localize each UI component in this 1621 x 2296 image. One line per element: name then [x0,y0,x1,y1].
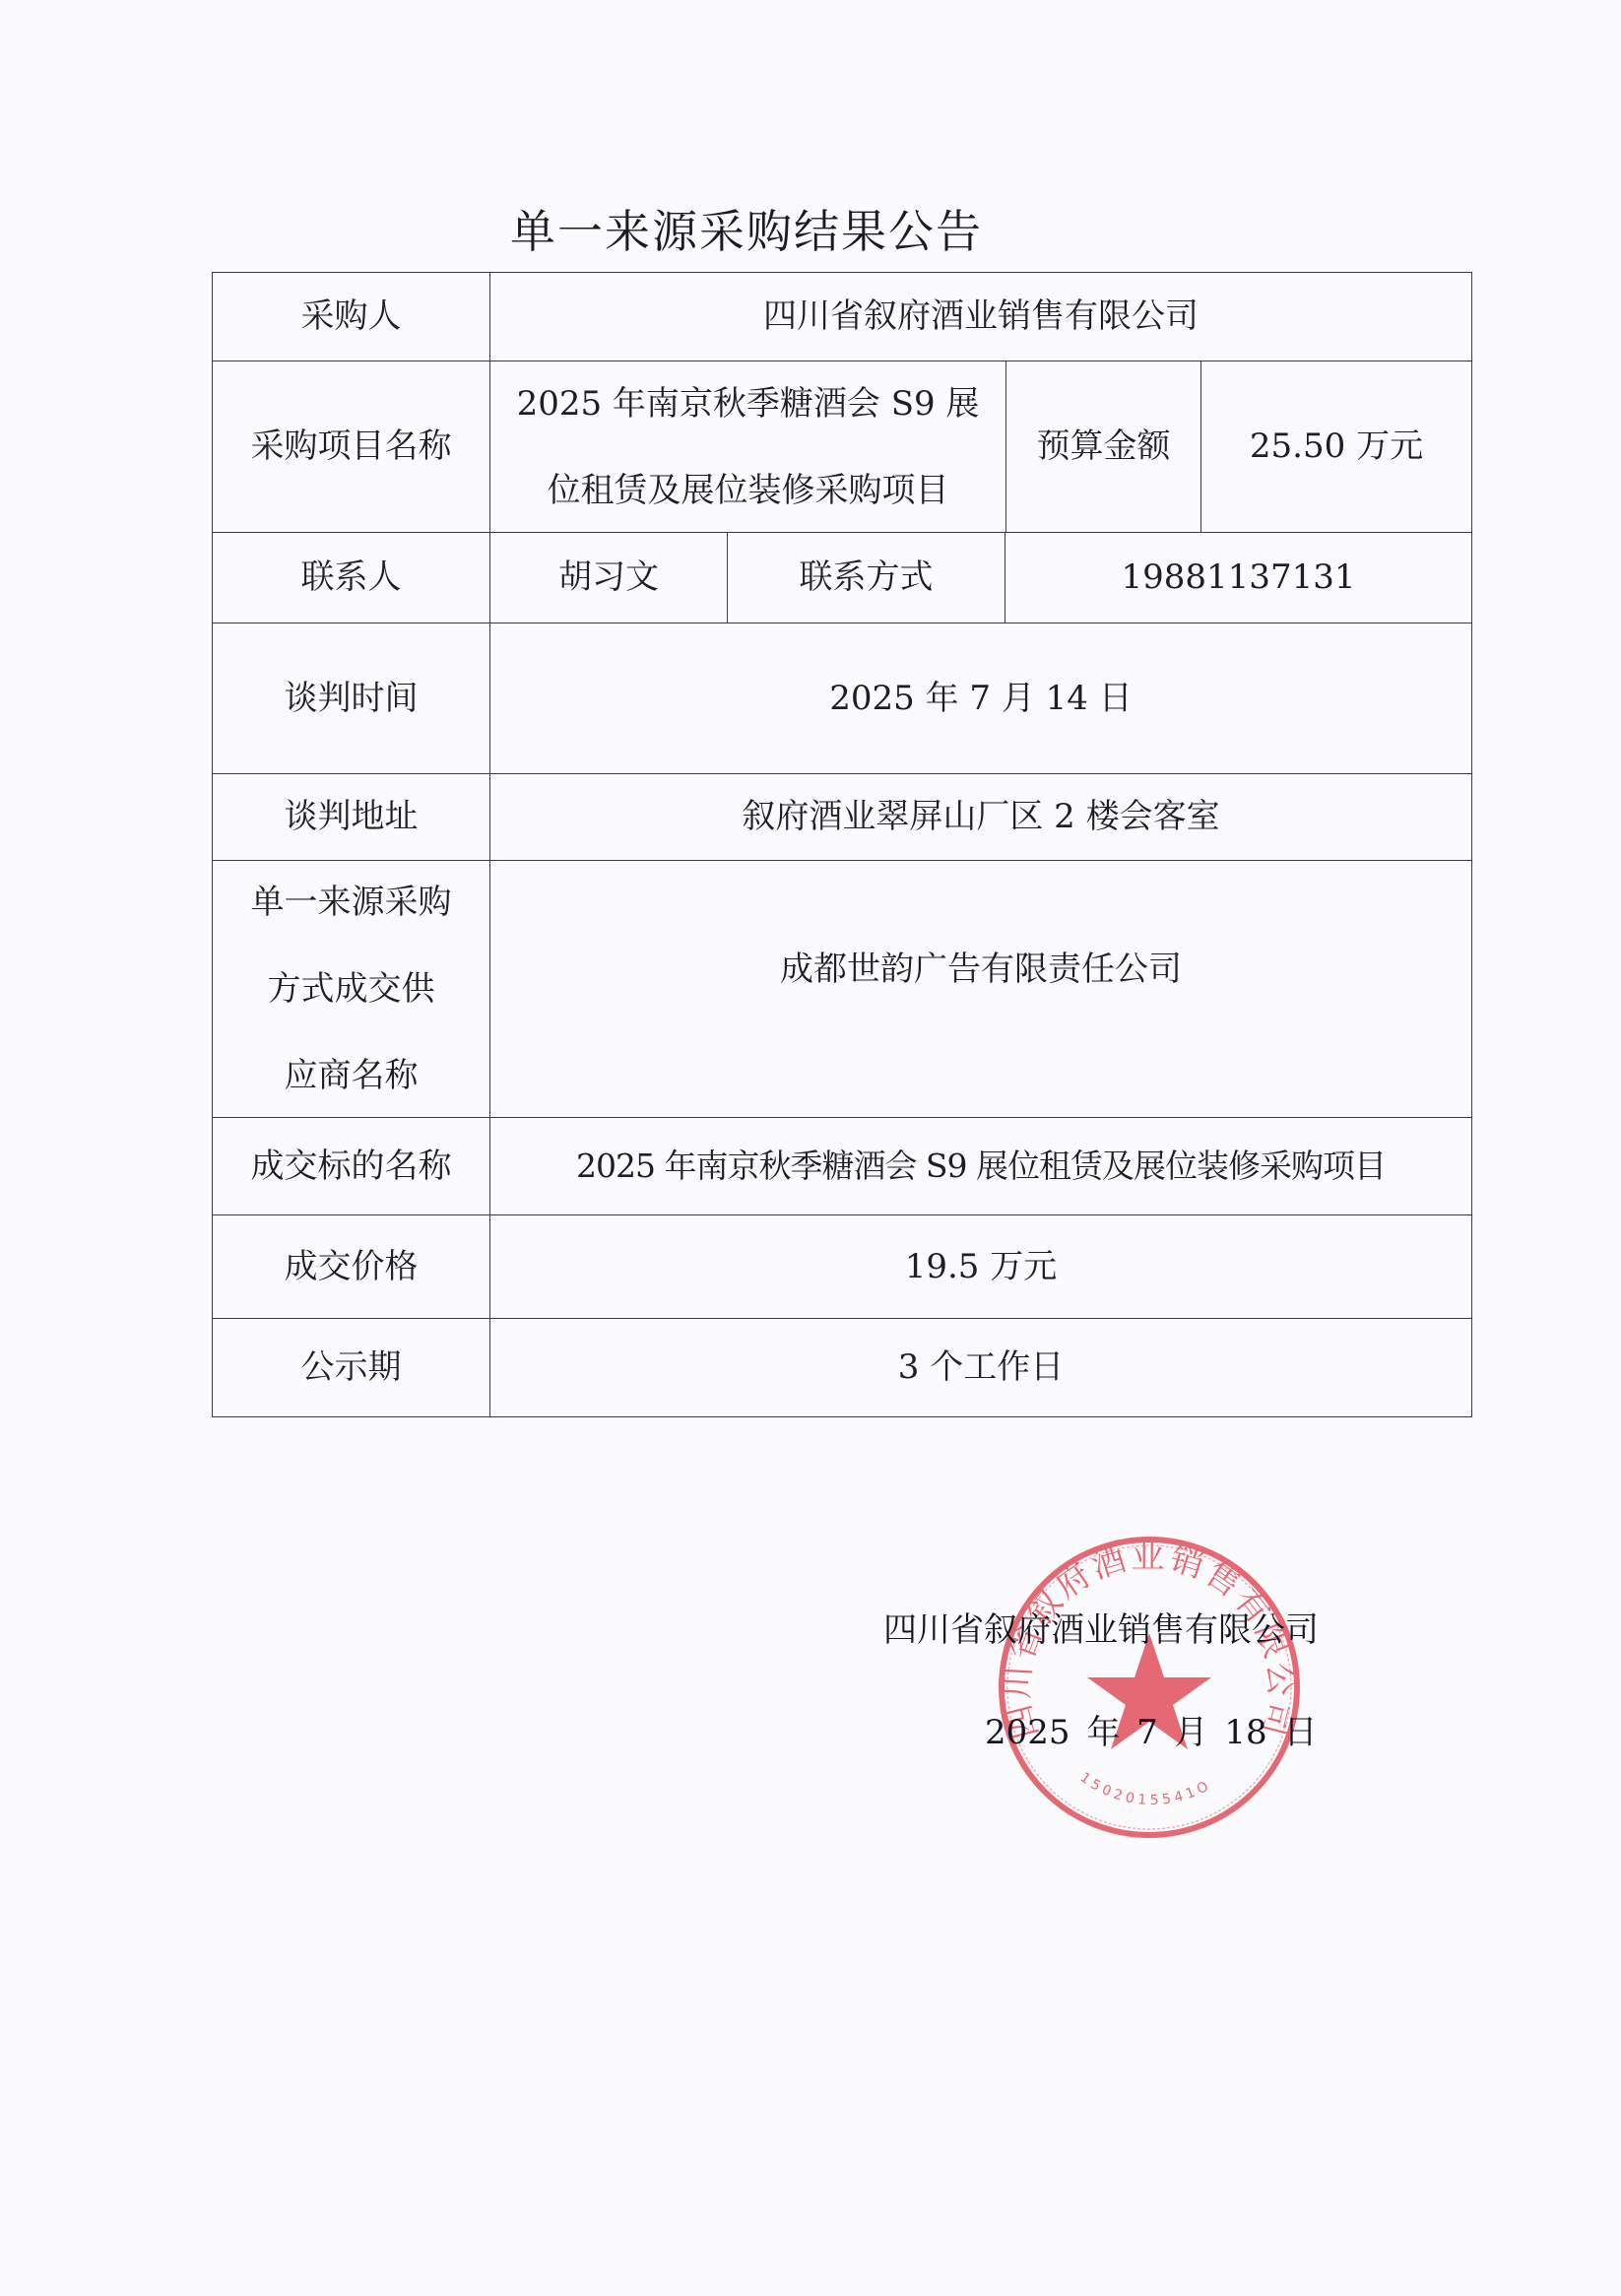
negotiation-address-value-text: 叙府酒业翠屏山厂区 2 楼会客室 [742,797,1219,837]
result-table: 采购人 四川省叙府酒业销售有限公司 采购项目名称 2025 年南京秋季糖酒会 S… [212,272,1472,1417]
subject-value-text: 2025 年南京秋季糖酒会 S9 展位租赁及展位装修采购项目 [576,1147,1386,1186]
negotiation-address-label-text: 谈判地址 [285,797,419,837]
publicity-value-text: 3 个工作日 [898,1347,1064,1388]
page-title: 单一来源采购结果公告 [0,202,1493,261]
project-name-line1: 2025 年南京秋季糖酒会 S9 展 [517,361,980,447]
supplier-label-line3: 应商名称 [285,1032,419,1119]
negotiation-address-label: 谈判地址 [212,773,490,861]
project-name-value: 2025 年南京秋季糖酒会 S9 展 位租赁及展位装修采购项目 [489,361,1006,533]
budget-value-text: 25.50 万元 [1250,426,1423,467]
official-seal-icon: 四川省叙府酒业销售有限公司 1502015541O [997,1535,1302,1840]
contact-method-label: 联系方式 [727,532,1005,623]
contact-phone-text: 19881137131 [1122,558,1356,598]
supplier-label-line2: 方式成交供 [268,946,435,1032]
signature-date: 2025 年 7 月 18 日 [985,1711,1317,1754]
project-name-label-text: 采购项目名称 [251,426,452,467]
subject-label-text: 成交标的名称 [251,1147,452,1187]
contact-phone: 19881137131 [1005,532,1472,623]
supplier-value-text: 成都世韵广告有限责任公司 [780,950,1182,990]
price-value: 19.5 万元 [489,1214,1472,1319]
supplier-label: 单一来源采购 方式成交供 应商名称 [212,860,490,1118]
publicity-value: 3 个工作日 [489,1318,1472,1417]
purchaser-label: 采购人 [212,272,490,361]
project-name-line2: 位租赁及展位装修采购项目 [548,447,949,534]
negotiation-time-label-text: 谈判时间 [285,679,419,719]
subject-value: 2025 年南京秋季糖酒会 S9 展位租赁及展位装修采购项目 [489,1117,1472,1215]
price-label: 成交价格 [212,1214,490,1319]
contact-label: 联系人 [212,532,490,623]
publicity-label: 公示期 [212,1318,490,1417]
contact-label-text: 联系人 [301,558,402,598]
budget-value: 25.50 万元 [1200,361,1472,533]
price-label-text: 成交价格 [285,1247,419,1287]
negotiation-time-value: 2025 年 7 月 14 日 [489,623,1472,774]
purchaser-value-text: 四川省叙府酒业销售有限公司 [763,296,1199,337]
svg-text:1502015541O: 1502015541O [1077,1770,1215,1809]
budget-label-text: 预算金额 [1037,426,1171,467]
contact-method-label-text: 联系方式 [800,558,934,598]
project-name-label: 采购项目名称 [212,361,490,533]
supplier-label-line1: 单一来源采购 [251,859,452,946]
purchaser-label-text: 采购人 [301,296,402,337]
budget-label: 预算金额 [1005,361,1201,533]
contact-name-text: 胡习文 [558,558,659,598]
supplier-value: 成都世韵广告有限责任公司 [489,860,1472,1118]
purchaser-value: 四川省叙府酒业销售有限公司 [489,272,1472,361]
negotiation-time-value-text: 2025 年 7 月 14 日 [829,679,1132,719]
price-value-text: 19.5 万元 [905,1247,1058,1287]
publicity-label-text: 公示期 [301,1347,402,1388]
negotiation-time-label: 谈判时间 [212,623,490,774]
signature-company: 四川省叙府酒业销售有限公司 [883,1608,1319,1652]
negotiation-address-value: 叙府酒业翠屏山厂区 2 楼会客室 [489,773,1472,861]
contact-name: 胡习文 [489,532,728,623]
subject-label: 成交标的名称 [212,1117,490,1215]
